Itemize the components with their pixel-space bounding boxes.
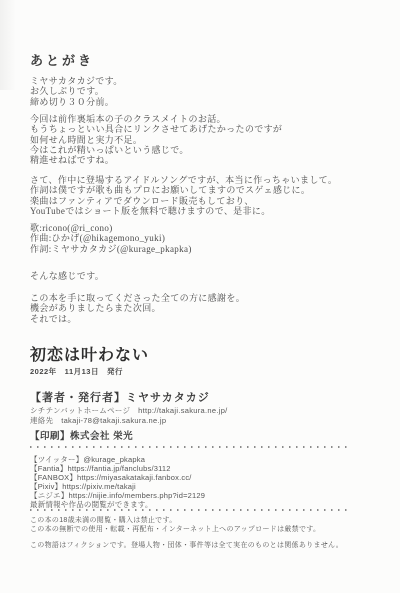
text-line: この本を手に取ってくださった全ての方に感謝を。 xyxy=(30,293,245,303)
afterword-song-paragraph: さて、作中に登場するアイドルソングですが、本当に作っちゃいまして。 作詞は僕です… xyxy=(30,175,337,216)
dotted-separator xyxy=(30,509,348,511)
text-line: 作詞は僕ですが歌も曲もプロにお願いしてますのでスゲェ感じに。 xyxy=(30,185,337,195)
text-line: 楽曲はファンティアでダウンロード販売もしており、 xyxy=(30,196,337,206)
text-line: 機会がありましたらまた次回。 xyxy=(30,303,245,313)
fanbox-link-line: 【FANBOX】https://miyasakatakaji.fanbox.cc… xyxy=(30,473,205,482)
text-line: ミヤサカタカジです。 xyxy=(30,76,123,86)
printer-line: 【印刷】株式会社 栄光 xyxy=(30,428,133,442)
afterword-intro-paragraph: ミヤサカタカジです。 お久しぶりです。 締め切り３０分前。 xyxy=(30,76,123,107)
text-line: 如何せん時間と実力不足。 xyxy=(30,135,282,145)
text-line: さて、作中に登場するアイドルソングですが、本当に作っちゃいまして。 xyxy=(30,175,337,185)
age-restriction-line: この本の18歳未満の閲覧・購入は禁止です。 xyxy=(30,517,320,526)
scanned-afterword-page: あとがき ミヤサカタカジです。 お久しぶりです。 締め切り３０分前。 今回は前作… xyxy=(0,0,400,593)
afterword-thanks-paragraph: この本を手に取ってくださった全ての方に感謝を。 機会がありましたらまた次回。 そ… xyxy=(30,293,245,324)
social-links-list: 【ツイッター】@kurage_pkapka 【Fantia】https://fa… xyxy=(30,455,205,510)
book-title: 初恋は叶わない xyxy=(30,342,149,365)
text-line: 今はこれが精いっぱいという感じで。 xyxy=(30,145,282,155)
pixiv-link-line: 【Pixiv】https://pixiv.me/takaji xyxy=(30,482,205,491)
dotted-separator xyxy=(30,446,348,448)
text-line: お久しぶりです。 xyxy=(30,86,123,96)
credit-composer-line: 作曲:ひかげ(@hikagemono_yuki) xyxy=(30,233,192,243)
legal-notice-block: この本の18歳未満の閲覧・購入は禁止です。 この本の無断での使用・転載・再配布・… xyxy=(30,517,320,534)
credit-lyricist-line: 作詞:ミヤサカタカジ(@kurage_pkapka) xyxy=(30,244,192,254)
text-line: もうちょっといい具合にリンクさせてあげたかったのですが xyxy=(30,124,282,134)
contact-email-line: 連絡先 takaji-78@takaji.sakura.ne.jp xyxy=(30,415,166,426)
publication-date-line: 2022年 11月13日 発行 xyxy=(30,366,123,377)
text-line: 精進せねばですね。 xyxy=(30,155,282,165)
song-credits-list: 歌:ricono(@ri_cono) 作曲:ひかげ(@hikagemono_yu… xyxy=(30,223,192,254)
text-line: YouTubeではショート版を無料で聴けますので、是非に。 xyxy=(30,206,337,216)
twitter-link-line: 【ツイッター】@kurage_pkapka xyxy=(30,455,205,464)
author-publisher-line: 【著者・発行者】ミヤサカタカジ xyxy=(30,389,210,405)
text-line: 締め切り３０分前。 xyxy=(30,97,123,107)
credit-vocal-line: 歌:ricono(@ri_cono) xyxy=(30,223,192,233)
fiction-disclaimer-line: この物語はフィクションです。登場人物・団体・事件等は全て実在のものとは関係ありま… xyxy=(30,540,343,550)
afterword-heading: あとがき xyxy=(30,50,94,69)
text-line: それでは。 xyxy=(30,314,245,324)
no-redistribution-line: この本の無断での使用・転載・再配布・インターネット上へのアップロードは厳禁です。 xyxy=(30,526,320,535)
afterword-closing-remark: そんな感じです。 xyxy=(30,271,104,281)
text-line: 今回は前作裏垢本の子のクラスメイトのお話。 xyxy=(30,114,282,124)
afterword-story-paragraph: 今回は前作裏垢本の子のクラスメイトのお話。 もうちょっといい具合にリンクさせてあ… xyxy=(30,114,282,166)
fantia-link-line: 【Fantia】https://fantia.jp/fanclubs/3112 xyxy=(30,464,205,473)
